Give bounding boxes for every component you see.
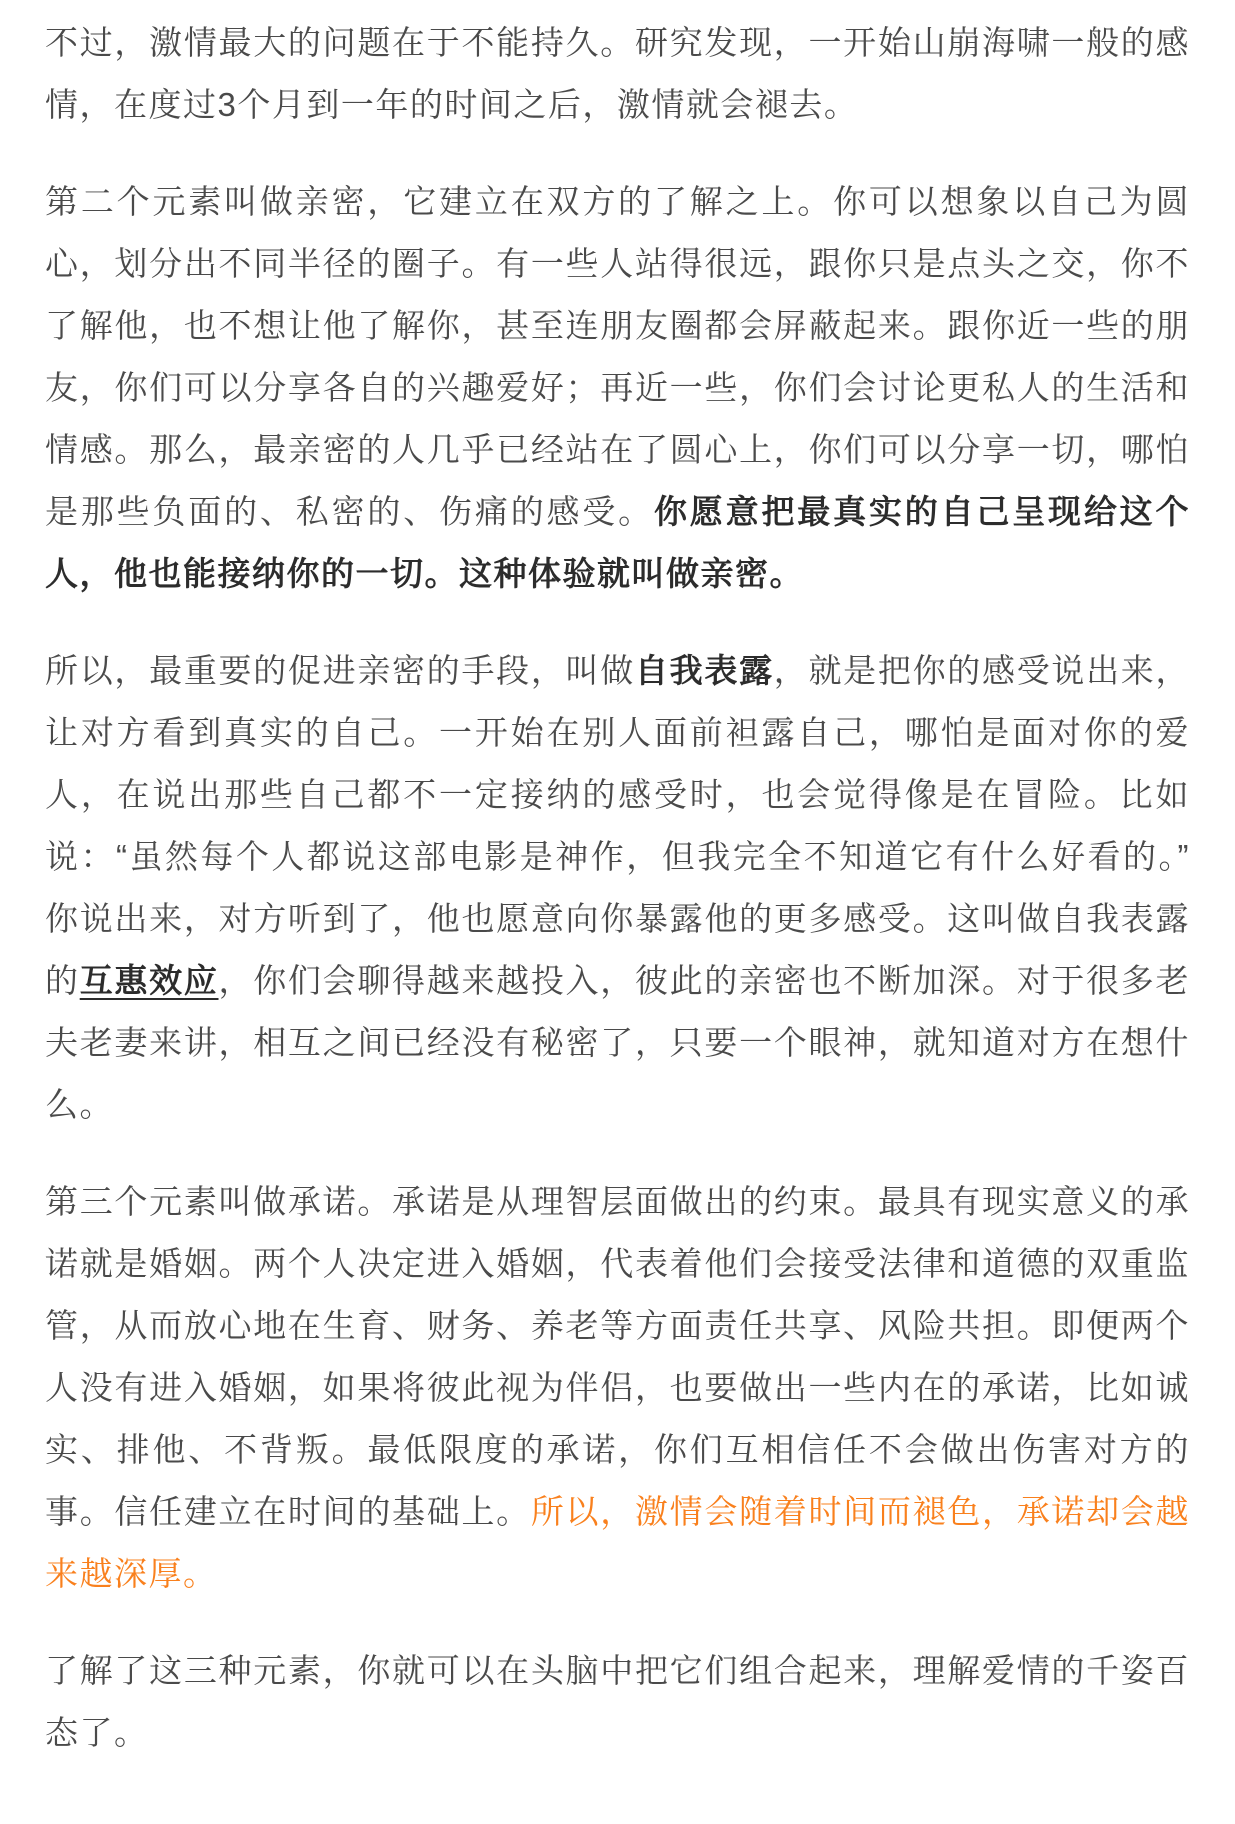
text-run: ，就是把你的感受说出来，让对方看到真实的自己。一开始在别人面前袒露自己，哪怕是面…: [45, 652, 1190, 999]
text-run: 了解了这三种元素，你就可以在头脑中把它们组合起来，理解爱情的千姿百态了。: [45, 1652, 1190, 1751]
paragraph: 第二个元素叫做亲密，它建立在双方的了解之上。你可以想象以自己为圆心，划分出不同半…: [45, 171, 1190, 605]
paragraph: 第三个元素叫做承诺。承诺是从理智层面做出的约束。最具有现实意义的承诺就是婚姻。两…: [45, 1171, 1190, 1605]
text-run: 不过，激情最大的问题在于不能持久。研究发现，一开始山崩海啸一般的感情，在度过3个…: [45, 24, 1190, 123]
text-run: 所以，最重要的促进亲密的手段，叫做: [45, 652, 635, 689]
emphasis-text-run: 自我表露: [635, 652, 774, 689]
paragraph: 所以，最重要的促进亲密的手段，叫做自我表露，就是把你的感受说出来，让对方看到真实…: [45, 640, 1190, 1136]
text-run: 第二个元素叫做亲密，它建立在双方的了解之上。你可以想象以自己为圆心，划分出不同半…: [45, 183, 1190, 530]
paragraph-list: 不过，激情最大的问题在于不能持久。研究发现，一开始山崩海啸一般的感情，在度过3个…: [45, 12, 1190, 1764]
emphasis-text-run: 互惠效应: [80, 962, 219, 999]
text-run: 第三个元素叫做承诺。承诺是从理智层面做出的约束。最具有现实意义的承诺就是婚姻。两…: [45, 1183, 1190, 1530]
paragraph: 不过，激情最大的问题在于不能持久。研究发现，一开始山崩海啸一般的感情，在度过3个…: [45, 12, 1190, 136]
article-body: 不过，激情最大的问题在于不能持久。研究发现，一开始山崩海啸一般的感情，在度过3个…: [0, 0, 1235, 1824]
paragraph: 了解了这三种元素，你就可以在头脑中把它们组合起来，理解爱情的千姿百态了。: [45, 1640, 1190, 1764]
